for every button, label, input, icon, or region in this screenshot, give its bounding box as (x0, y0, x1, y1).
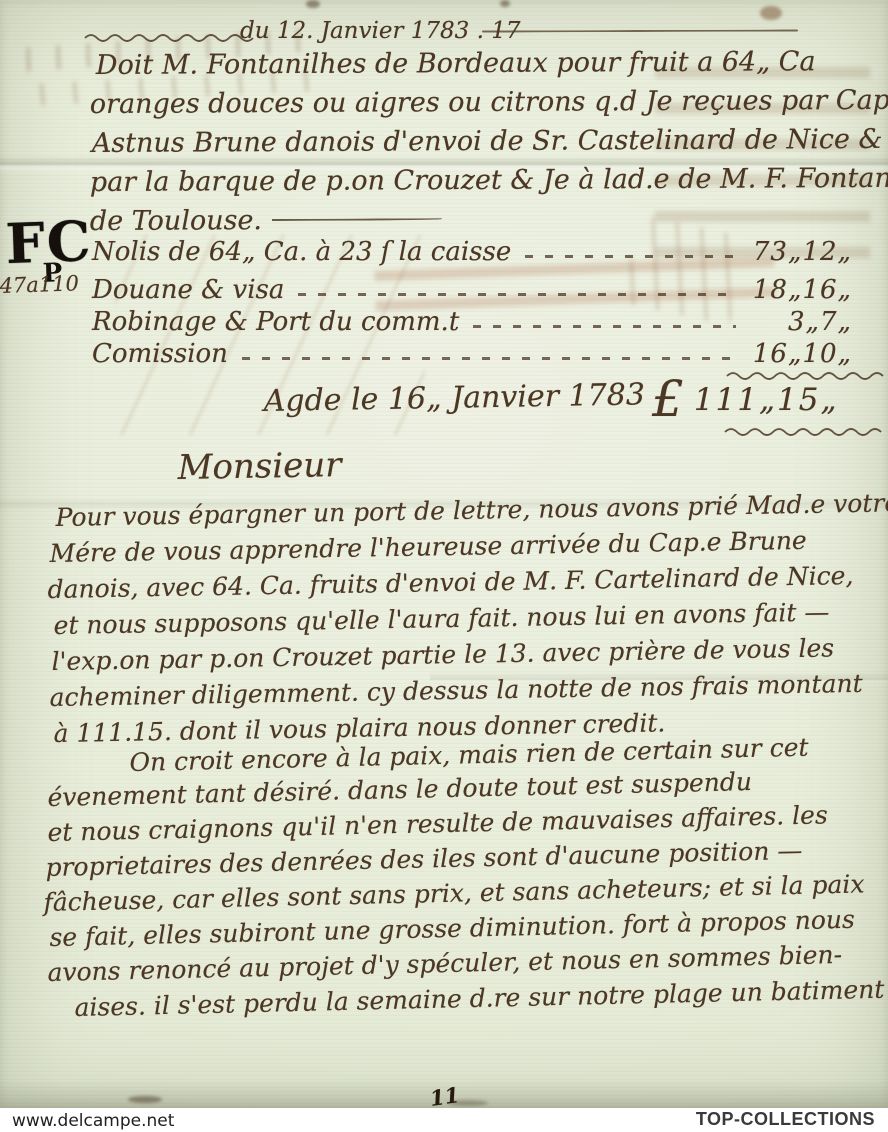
dashed-leader (473, 325, 736, 328)
account-table: Nolis de 64„ Ca. à 23 ſ la caisse 73„12„… (92, 236, 852, 369)
ink-smudge (128, 1096, 162, 1103)
ink-smudge (760, 6, 782, 20)
dashed-leader (298, 293, 736, 296)
account-label: Nolis de 64„ Ca. à 23 ſ la caisse (92, 237, 511, 267)
wavy-rule (84, 30, 260, 44)
account-amount: 3„7„ (748, 307, 852, 337)
livre-currency-symbol: £ (652, 370, 684, 428)
ink-smudge (500, 0, 510, 7)
header-date: du 12. Janvier 1783 . 17 (240, 18, 520, 44)
flourish-underline (272, 218, 442, 221)
letter-scan: du 12. Janvier 1783 . 17 Doit M. Fontani… (0, 0, 888, 1132)
total-amount: 111„15„ (694, 382, 839, 418)
account-label: Comission (92, 339, 228, 369)
account-label: Douane & visa (92, 275, 284, 305)
paper: du 12. Janvier 1783 . 17 Doit M. Fontani… (0, 0, 888, 1108)
manuscript-line: Astnus Brune danois d'envoi de Sr. Caste… (92, 124, 882, 167)
account-amount: 73„12„ (748, 237, 852, 267)
account-amount: 16„10„ (748, 339, 852, 369)
dashed-leader (525, 255, 736, 258)
dashed-leader (242, 357, 736, 360)
account-amount: 18„16„ (748, 275, 852, 305)
account-row: Comission 16„10„ (92, 338, 852, 369)
wavy-rule (724, 424, 884, 438)
account-row: Nolis de 64„ Ca. à 23 ſ la caisse 73„12„ (92, 236, 852, 267)
letter-paragraph-2: On croit encore à la paix, mais rien de … (44, 748, 884, 1028)
manuscript-line: par la barque de p.on Crouzet & Je à lad… (90, 163, 882, 206)
invoice-intro: Doit M. Fontanilhes de Bordeaux pour fru… (90, 50, 882, 245)
total-amount-row: £111„15„ (652, 370, 839, 428)
manuscript-line: oranges douces ou aigres ou citrons q.d … (90, 85, 882, 128)
place-date: Agde le 16„ Janvier 1783 (263, 377, 645, 419)
manuscript-line: Doit M. Fontanilhes de Bordeaux pour fru… (96, 46, 882, 89)
scan-watermark-strip: www.delcampe.net TOP-COLLECTIONS (0, 1108, 888, 1132)
letter-paragraph-1: Pour vous épargner un port de lettre, no… (46, 503, 882, 755)
margin-note: 47a110 (0, 271, 79, 298)
account-row: Robinage & Port du comm.t 3„7„ (92, 306, 852, 337)
account-label: Robinage & Port du comm.t (92, 307, 459, 337)
header-rule (482, 29, 798, 32)
account-row: Douane & visa 18„16„ (92, 274, 852, 305)
watermark-delcampe: www.delcampe.net (12, 1111, 174, 1131)
page-mark: 11 (428, 1082, 460, 1108)
ink-smudge (306, 0, 320, 8)
watermark-top-collections: TOP-COLLECTIONS (696, 1109, 875, 1130)
salutation: Monsieur (177, 445, 341, 488)
